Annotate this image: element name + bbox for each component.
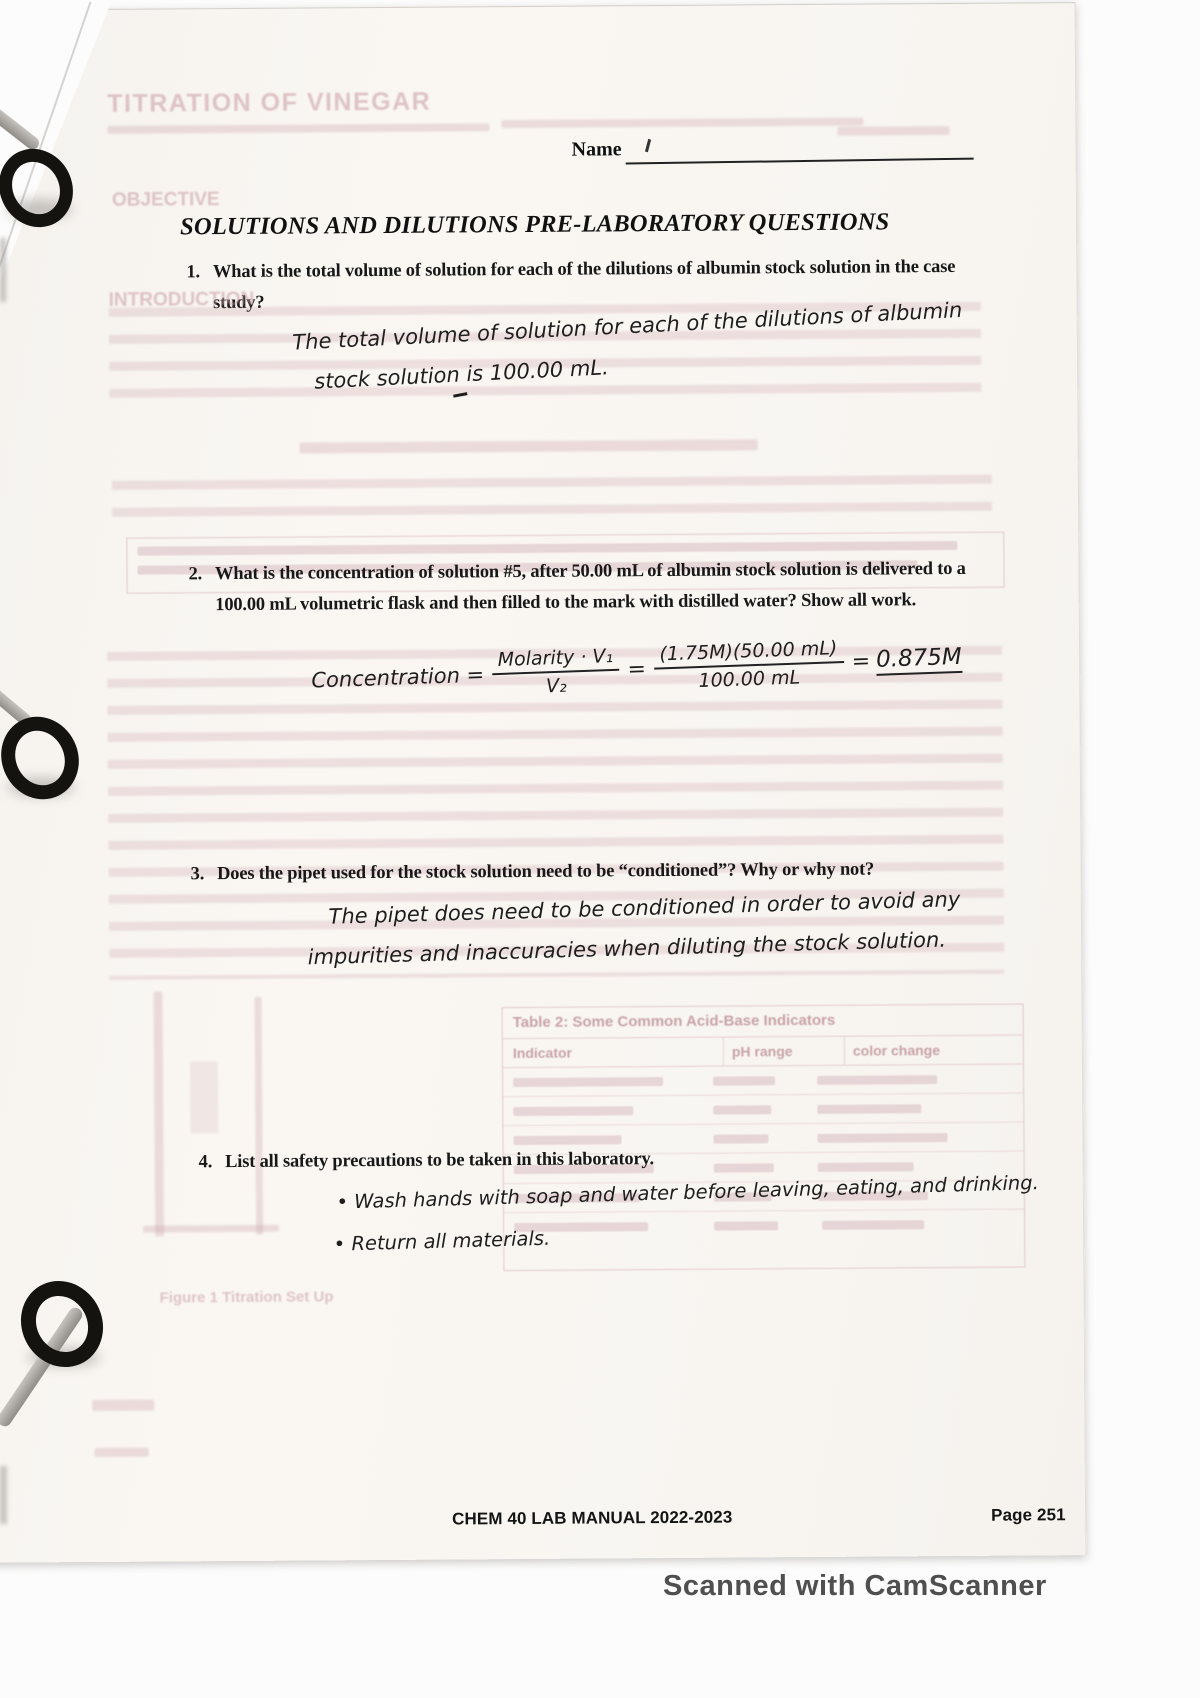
bleedthrough-table-title: Table 2: Some Common Acid-Base Indicator…: [503, 1005, 1023, 1040]
answer-2-frac1-numerator: Molarity · V₁: [491, 645, 619, 675]
bleedthrough-row: [137, 541, 957, 556]
bleedthrough-col-indicator: Indicator: [503, 1038, 724, 1068]
answer-2-frac1-denominator: V₂: [546, 673, 567, 698]
question-2-number: 2.: [188, 559, 202, 620]
footer-manual-title: CHEM 40 LAB MANUAL 2022-2023: [452, 1508, 732, 1530]
bleedthrough-heading: TITRATION OF VINEGAR: [107, 88, 431, 119]
bleedthrough-figure-caption: Figure 1 Titration Set Up: [160, 1288, 334, 1306]
question-2-text: What is the concentration of solution #5…: [215, 554, 995, 621]
bleedthrough-col-ph-range: pH range: [724, 1037, 845, 1066]
footer-page-number: Page 251: [991, 1505, 1066, 1526]
camscanner-watermark: Scanned with CamScanner: [663, 1570, 1047, 1603]
bleedthrough-paragraph: [112, 475, 992, 531]
question-4: 4. List all safety precautions to be tak…: [199, 1144, 654, 1178]
question-2: 2. What is the concentration of solution…: [188, 554, 995, 621]
answer-2-fraction-2: (1.75M)(50.00 mL) 100.00 mL: [653, 637, 845, 694]
bleedthrough-col-color-change: color change: [845, 1036, 1023, 1065]
scanner-edge-smudge: [0, 238, 6, 302]
scanned-page: TITRATION OF VINEGAR Name OBJECTIVE SOLU…: [0, 2, 1086, 1563]
answer-2-frac2-denominator: 100.00 mL: [698, 665, 800, 693]
bleedthrough-figure: [190, 1061, 219, 1133]
bleedthrough-rule: [107, 123, 489, 134]
name-label: Name: [572, 138, 622, 161]
bleedthrough-table-row: [503, 1094, 1023, 1127]
bleedthrough-figure: [254, 997, 263, 1235]
worksheet-title: SOLUTIONS AND DILUTIONS PRE-LABORATORY Q…: [180, 208, 890, 241]
bleedthrough-rule: [501, 118, 863, 129]
camscanner-scan: { "scan": { "footer_brand": "Scanned wit…: [0, 0, 1200, 1698]
bleedthrough-footer: [92, 1400, 154, 1411]
bleedthrough-figure: [153, 992, 164, 1237]
bleedthrough-figure: [143, 1225, 279, 1233]
page-content: TITRATION OF VINEGAR Name OBJECTIVE SOLU…: [0, 0, 1200, 1698]
bleedthrough-objective: OBJECTIVE: [112, 189, 220, 212]
pen-mark: [645, 139, 651, 152]
question-3-number: 3.: [191, 859, 205, 890]
answer-2-result: 0.875M: [876, 643, 963, 675]
bleedthrough-table-header: Indicator pH range color change: [503, 1036, 1023, 1069]
answer-2-fraction-1: Molarity · V₁ V₂: [491, 645, 620, 699]
answer-2-equals-1: =: [627, 656, 646, 682]
answer-2-equals-2: =: [851, 649, 870, 675]
answer-2-frac2-numerator: (1.75M)(50.00 mL): [653, 637, 844, 670]
bleedthrough-note: [837, 126, 949, 136]
answer-2-label: Concentration =: [311, 663, 485, 693]
bleedthrough-table-row: [503, 1065, 1023, 1098]
bleedthrough-footer: [95, 1448, 149, 1457]
question-4-number: 4.: [199, 1147, 213, 1178]
bleedthrough-subheading: [300, 439, 758, 453]
scanner-edge-smudge: [0, 1466, 7, 1524]
name-line: [626, 158, 974, 165]
question-4-text: List all safety precautions to be taken …: [225, 1144, 654, 1178]
